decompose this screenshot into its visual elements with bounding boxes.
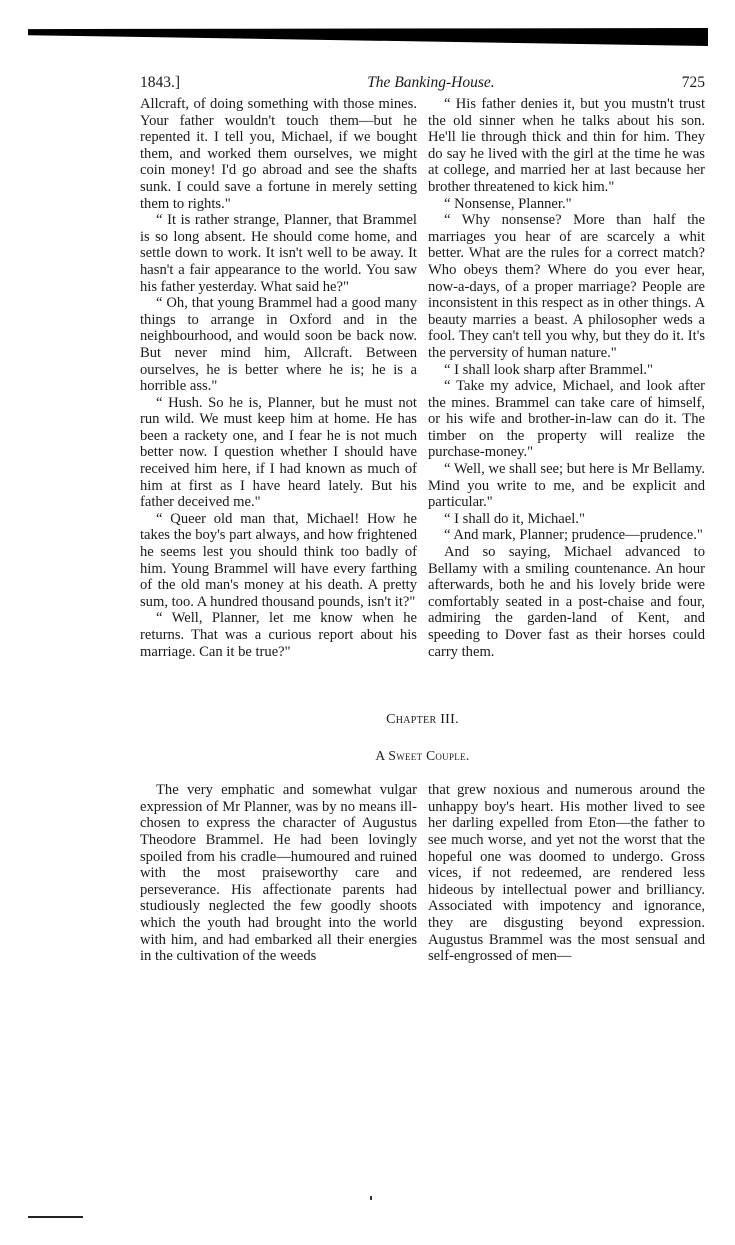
chapter-heading: Chapter III. bbox=[140, 712, 705, 728]
paragraph: “ Well, we shall see; but here is Mr Bel… bbox=[428, 461, 705, 511]
paragraph: “ I shall do it, Michael." bbox=[428, 511, 705, 528]
paragraph: “ I shall look sharp after Brammel." bbox=[428, 362, 705, 379]
paragraph: And so saying, Michael advanced to Bella… bbox=[428, 544, 705, 660]
paragraph: “ Queer old man that, Michael! How he ta… bbox=[140, 511, 417, 611]
running-head: 1843.] The Banking-House. 725 bbox=[140, 74, 705, 94]
paragraph: “ Why nonsense? More than half the marri… bbox=[428, 212, 705, 361]
top-left-column: Allcraft, of doing something with those … bbox=[140, 96, 417, 660]
bottom-right-column: that grew noxious and numerous around th… bbox=[428, 782, 705, 965]
header-year: 1843.] bbox=[140, 74, 180, 92]
paragraph: “ Nonsense, Planner." bbox=[428, 196, 705, 213]
top-columns: Allcraft, of doing something with those … bbox=[140, 96, 705, 660]
scan-edge-mark bbox=[28, 1216, 83, 1218]
book-page: 1843.] The Banking-House. 725 Allcraft, … bbox=[140, 74, 705, 965]
paragraph: The very emphatic and somewhat vulgar ex… bbox=[140, 782, 417, 965]
bottom-columns: The very emphatic and somewhat vulgar ex… bbox=[140, 782, 705, 965]
paragraph: “ And mark, Planner; prudence—prudence." bbox=[428, 527, 705, 544]
bottom-left-column: The very emphatic and somewhat vulgar ex… bbox=[140, 782, 417, 965]
paragraph: “ It is rather strange, Planner, that Br… bbox=[140, 212, 417, 295]
page-number: 725 bbox=[682, 74, 705, 92]
header-title: The Banking-House. bbox=[367, 74, 494, 92]
scan-edge-shadow bbox=[28, 28, 708, 46]
paragraph: that grew noxious and numerous around th… bbox=[428, 782, 705, 965]
top-right-column: “ His father denies it, but you mustn't … bbox=[428, 96, 705, 660]
paragraph: “ Hush. So he is, Planner, but he must n… bbox=[140, 395, 417, 511]
paragraph: “ Oh, that young Brammel had a good many… bbox=[140, 295, 417, 395]
scan-speck bbox=[370, 1196, 372, 1200]
paragraph: “ Well, Planner, let me know when he ret… bbox=[140, 610, 417, 660]
chapter-subtitle: A Sweet Couple. bbox=[140, 748, 705, 764]
paragraph: Allcraft, of doing something with those … bbox=[140, 96, 417, 212]
paragraph: “ Take my advice, Michael, and look afte… bbox=[428, 378, 705, 461]
paragraph: “ His father denies it, but you mustn't … bbox=[428, 96, 705, 196]
